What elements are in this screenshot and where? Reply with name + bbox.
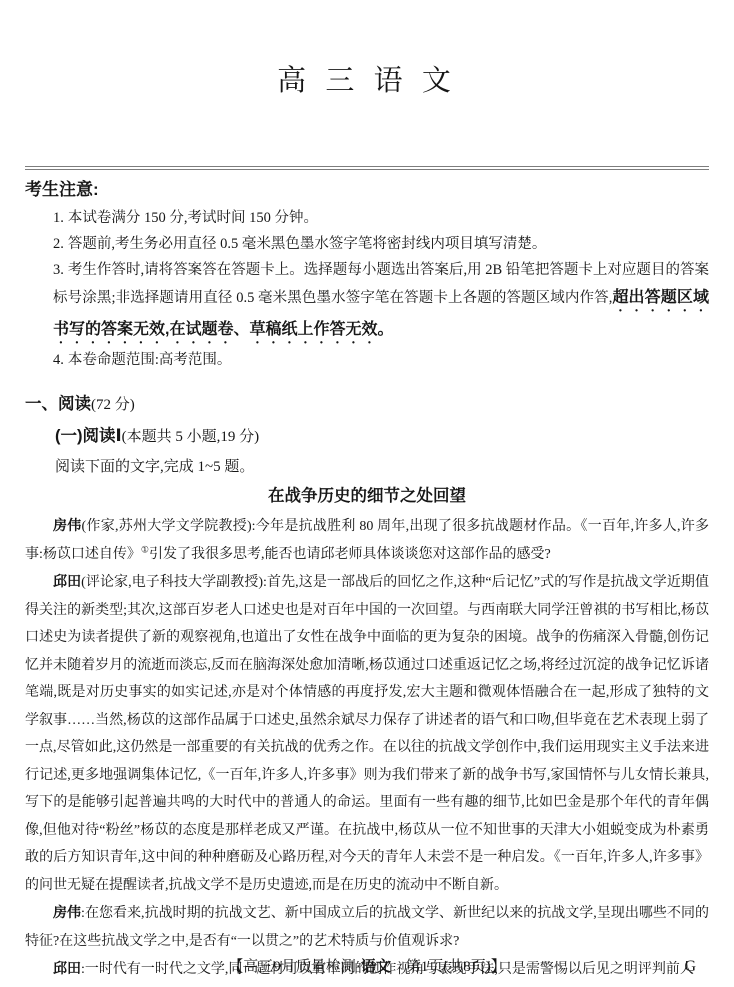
notice-item: 3.考生作答时,请将答案答在答题卡上。选择题每小题选出答案后,用 2B 铅笔把答…: [53, 257, 709, 347]
notice-heading: 考生注意:: [25, 178, 709, 202]
notice-item-text: 本试卷满分 150 分,考试时间 150 分钟。: [68, 210, 318, 226]
exam-paper-page: 高 三 语 文 考生注意: 1.本试卷满分 150 分,考试时间 150 分钟。…: [0, 0, 734, 987]
section-heading-reading: 一、阅读(72 分): [25, 391, 709, 418]
reading-instruction: 阅读下面的文字,完成 1~5 题。: [25, 454, 709, 480]
notice-item: 2.答题前,考生务必用直径 0.5 毫米黑色墨水签字笔将密封线内项目填写清楚。: [53, 231, 709, 257]
passage-paragraph: 房伟:在您看来,抗战时期的抗战文艺、新中国成立后的抗战文学、新世纪以来的抗战文学…: [25, 899, 709, 955]
exam-title: 高 三 语 文: [25, 60, 709, 102]
passage-paragraph: 邱田(评论家,电子科技大学副教授):首先,这是一部战后的回忆之作,这种“后记忆”…: [25, 568, 709, 899]
notice-item-text: 答题前,考生务必用直径 0.5 毫米黑色墨水签字笔将密封线内项目填写清楚。: [68, 236, 547, 252]
notice-list: 1.本试卷满分 150 分,考试时间 150 分钟。 2.答题前,考生务必用直径…: [25, 205, 709, 373]
speaker-name: 邱田: [53, 573, 81, 589]
subsection-heading-info: (本题共 5 小题,19 分): [122, 429, 260, 445]
subsection-heading-label: (一)阅读Ⅰ: [55, 427, 122, 445]
subsection-heading-reading-1: (一)阅读Ⅰ(本题共 5 小题,19 分): [25, 423, 709, 450]
page-version-letter: G: [684, 957, 696, 977]
section-heading-label: 一、阅读: [25, 395, 91, 413]
notice-item-text: 本卷命题范围:高考范围。: [68, 352, 232, 368]
notice-item: 4.本卷命题范围:高考范围。: [53, 347, 709, 373]
notice-item-number: 2.: [53, 236, 64, 252]
notice-item-text: 考生作答时,请将答案答在答题卡上。选择题每小题选出答案后,用 2B 铅笔把答题卡…: [53, 262, 709, 306]
passage-title: 在战争历史的细节之处回望: [25, 483, 709, 510]
section-heading-score: (72 分): [91, 397, 135, 413]
footnote-marker: ①: [141, 544, 149, 554]
footer-text: 【高三9月质量检测·: [228, 959, 361, 975]
page-footer: 【高三9月质量检测·语文 第1页(共8页)】: [0, 957, 734, 977]
paragraph-text: (评论家,电子科技大学副教授):首先,这是一部战后的回忆之作,这种“后记忆”式的…: [25, 575, 709, 893]
passage-body: 房伟(作家,苏州大学文学院教授):今年是抗战胜利 80 周年,出现了很多抗战题材…: [25, 512, 709, 984]
speaker-name: 房伟: [53, 904, 81, 920]
notice-item-number: 3.: [53, 262, 64, 278]
speaker-name: 房伟: [53, 517, 82, 533]
notice-item-number: 4.: [53, 352, 64, 368]
paragraph-text: 引发了我很多思考,能否也请邱老师具体谈谈您对这部作品的感受?: [149, 547, 551, 562]
notice-divider-rule: [25, 166, 709, 170]
footer-subject-label: 语文: [361, 958, 391, 975]
passage-paragraph: 房伟(作家,苏州大学文学院教授):今年是抗战胜利 80 周年,出现了很多抗战题材…: [25, 512, 709, 568]
paragraph-text: :在您看来,抗战时期的抗战文艺、新中国成立后的抗战文学、新世纪以来的抗战文学,呈…: [25, 906, 709, 949]
footer-page-number: 第1页(共8页)】: [391, 959, 506, 975]
notice-item-number: 1.: [53, 210, 64, 226]
notice-item: 1.本试卷满分 150 分,考试时间 150 分钟。: [53, 205, 709, 231]
